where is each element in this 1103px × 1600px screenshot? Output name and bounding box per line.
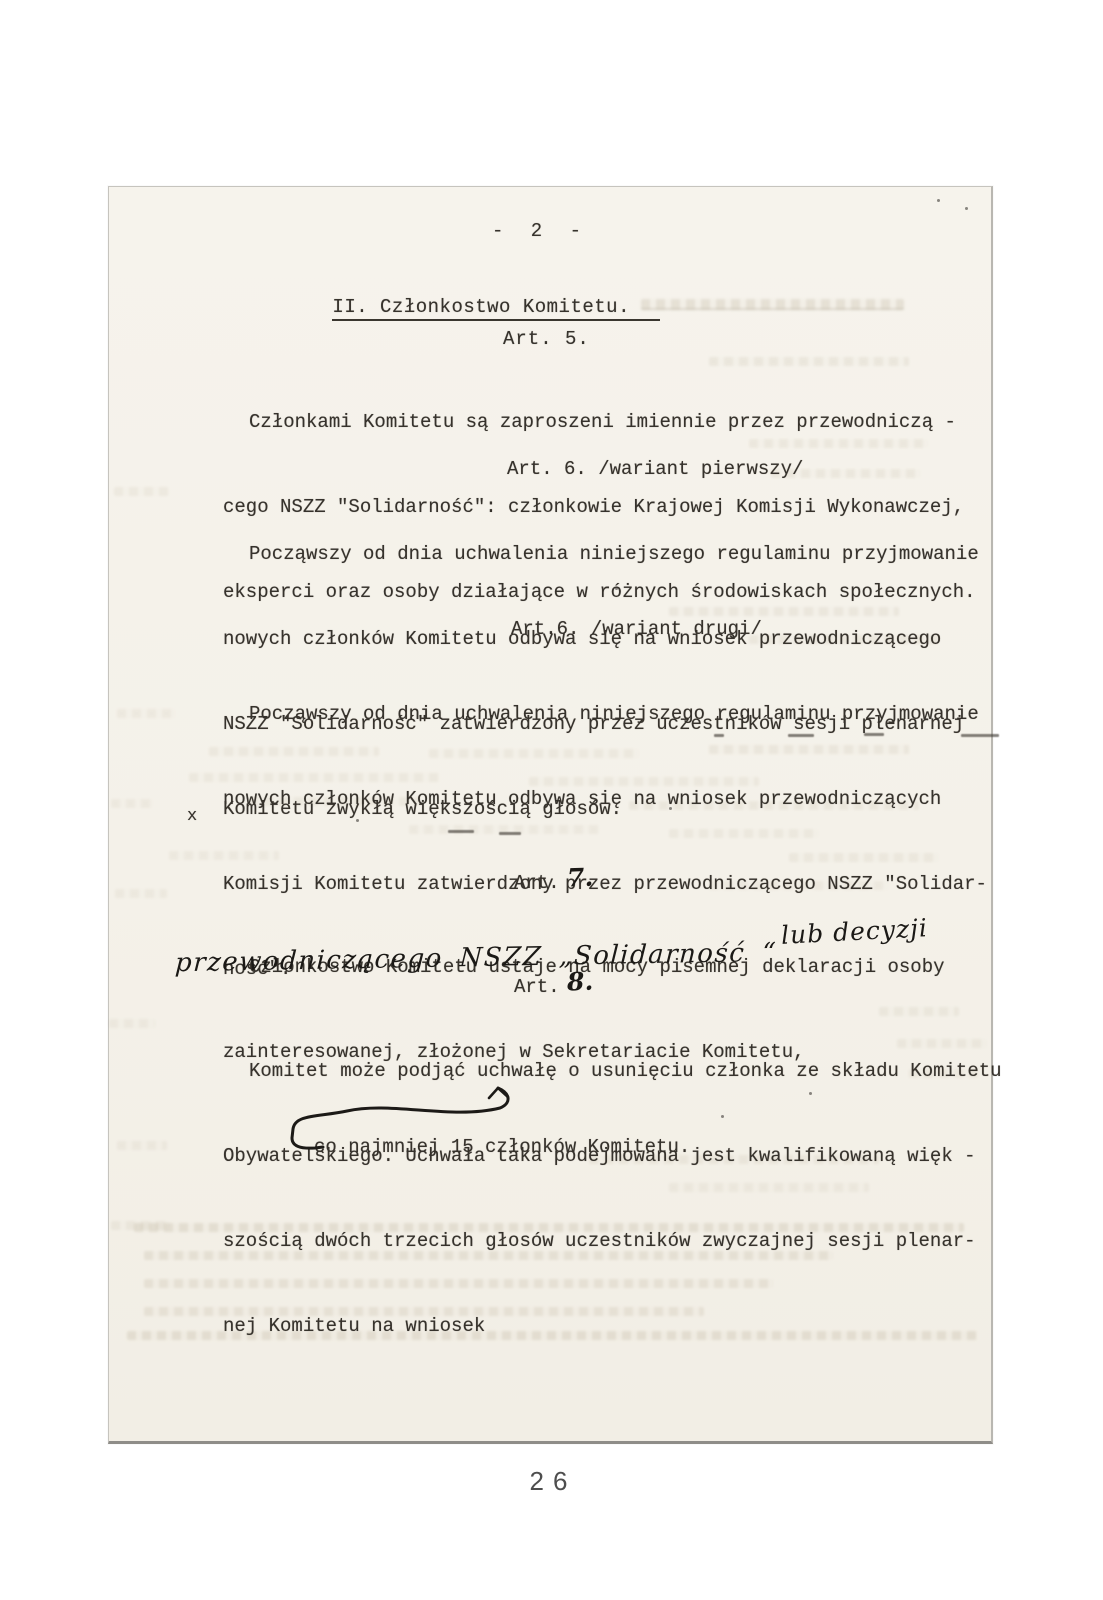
article-8-line: szością dwóch trzecich głosów uczestnikó…: [223, 1227, 1002, 1255]
article-7-heading-handwritten: 7.: [567, 863, 594, 893]
bleedthrough-mark: [117, 1141, 167, 1150]
page-number-top: - 2 -: [492, 217, 589, 245]
margin-x-mark: x: [187, 803, 197, 831]
bleedthrough-mark: [111, 799, 153, 808]
scanned-page: - 2 - II. Członkostwo Komitetu. Art. 5. …: [108, 186, 993, 1444]
handwritten-arrow-swoosh: [259, 1080, 549, 1160]
scanned-document-image: - 2 - II. Członkostwo Komitetu. Art. 5. …: [0, 0, 1103, 1600]
article-6b-heading: Art.6. /wariant drugi/: [511, 615, 762, 643]
page-footer-number: 26: [493, 1466, 613, 1497]
article-6a-line: Począwszy od dnia uchwalenia niniejszego…: [249, 540, 979, 568]
article-7-heading-typed: Art.: [514, 869, 560, 897]
bleedthrough-mark: [114, 487, 169, 496]
bleedthrough-mark: [109, 1019, 155, 1028]
section-heading: II. Członkostwo Komitetu.: [332, 296, 660, 321]
article-6b-line: Komisji Komitetu zatwierdzony przez prze…: [223, 870, 987, 898]
article-6b-line: nowych członków Komitetu odbywa się na w…: [223, 785, 987, 813]
article-5-line: Członkami Komitetu są zaproszeni imienni…: [249, 408, 976, 436]
bleedthrough-mark: [641, 299, 904, 310]
article-6b-line: Począwszy od dnia uchwalenia niniejszego…: [249, 700, 987, 728]
article-8-heading-handwritten: 8.: [567, 967, 594, 997]
article-8-body: Komitet może podjąć uchwałę o usunięciu …: [223, 1000, 1002, 1398]
article-8-line: nej Komitetu na wniosek: [223, 1312, 1002, 1340]
ink-speck: [937, 199, 940, 202]
ink-speck: [965, 207, 968, 210]
article-8-heading-typed: Art.: [514, 973, 560, 1001]
bleedthrough-mark: [117, 709, 175, 718]
bleedthrough-mark: [115, 889, 167, 898]
article-6a-heading: Art. 6. /wariant pierwszy/: [507, 455, 803, 483]
article-5-heading: Art. 5.: [503, 325, 590, 353]
